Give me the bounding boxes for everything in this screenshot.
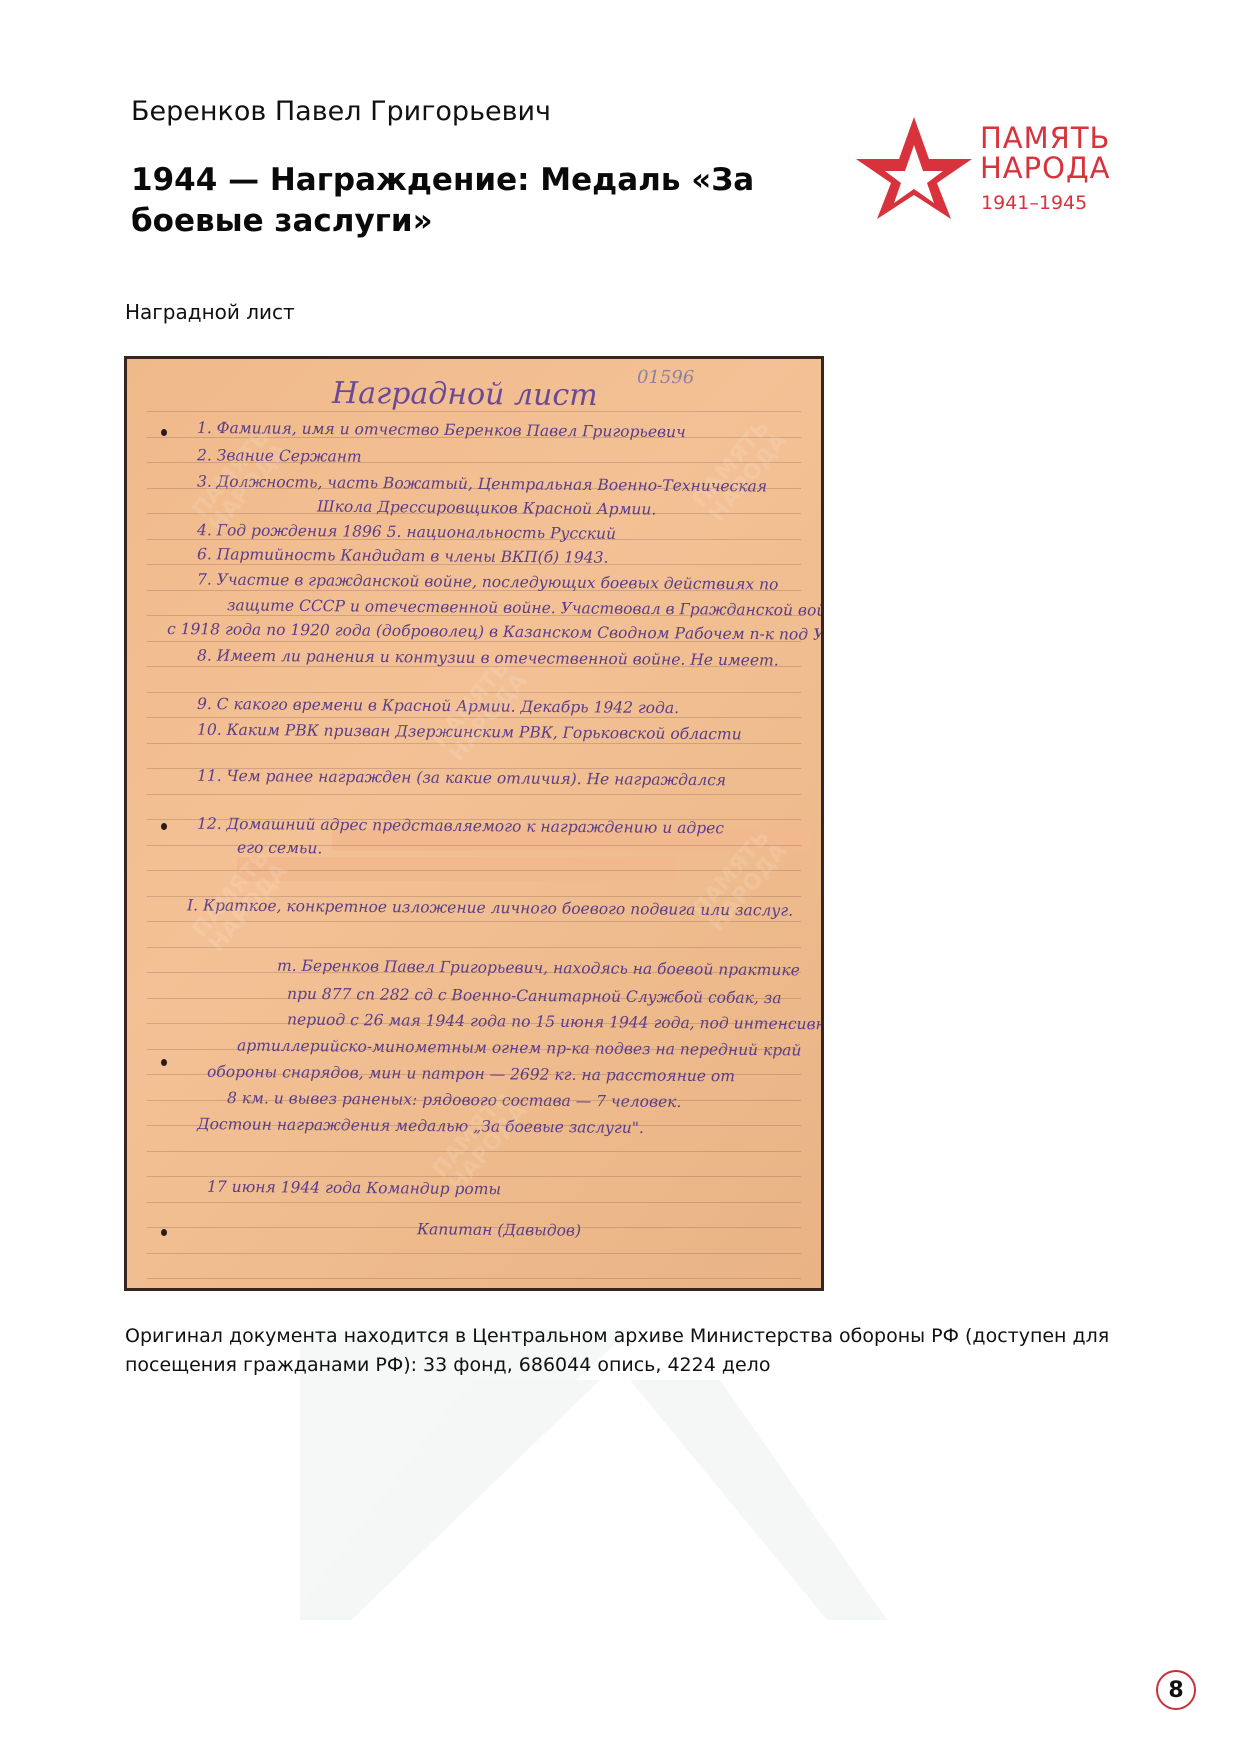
ruled-line [147, 1278, 801, 1279]
person-name: Беренков Павел Григорьевич [131, 96, 551, 127]
red-star-icon [855, 115, 973, 220]
binder-hole [161, 1229, 167, 1236]
brand-line-1: ПАМЯТЬ [980, 123, 1110, 153]
ruled-line [147, 411, 801, 412]
archive-number: 01596 [637, 367, 694, 388]
handwritten-line: т. Беренков Павел Григорьевич, находясь … [277, 957, 800, 980]
handwritten-line: при 877 сп 282 сд с Военно-Санитарной Сл… [287, 985, 782, 1007]
brand-line-2: НАРОДА [980, 153, 1110, 183]
binder-hole [161, 1059, 167, 1066]
archive-caption: Оригинал документа находится в Центральн… [125, 1322, 1125, 1380]
scan-heading: Наградной лист [332, 376, 598, 413]
handwritten-line: 6. Партийность Кандидат в члены ВКП(б) 1… [197, 545, 609, 567]
ruled-line [147, 794, 801, 795]
handwritten-line: Школа Дрессировщиков Красной Армии. [317, 498, 657, 519]
ruled-line [147, 1253, 801, 1254]
document-label: Наградной лист [125, 300, 295, 324]
handwritten-line: 11. Чем ранее награжден (за какие отличи… [197, 767, 726, 790]
pamyat-naroda-logo: ПАМЯТЬ НАРОДА 1941–1945 [855, 115, 1155, 225]
handwritten-line: 8 км. и вывез раненых: рядового состава … [227, 1089, 682, 1111]
handwritten-line: артиллерийско-минометным огнем пр-ка под… [237, 1037, 802, 1060]
ruled-line [147, 1202, 801, 1203]
handwritten-line: период с 26 мая 1944 года по 15 июня 194… [287, 1011, 824, 1034]
page-number: 8 [1156, 1670, 1196, 1710]
brand-years: 1941–1945 [981, 192, 1087, 214]
handwritten-line: 12. Домашний адрес представляемого к наг… [197, 815, 724, 838]
handwritten-line: обороны снарядов, мин и патрон — 2692 кг… [207, 1063, 735, 1086]
handwritten-line: защите СССР и отечественной войне. Участ… [227, 596, 824, 619]
handwritten-line: 9. С какого времени в Красной Армии. Дек… [197, 695, 679, 717]
ruled-line [147, 947, 801, 948]
handwritten-line: Капитан (Давыдов) [417, 1220, 581, 1239]
scan-watermark: ПАМЯТЬНАРОДА [689, 416, 791, 526]
award-sheet-scan: 01596 Наградной лист 1. Фамилия, имя и о… [124, 356, 824, 1291]
handwritten-line: 4. Год рождения 1896 5. национальность Р… [197, 521, 616, 543]
binder-hole [161, 429, 167, 436]
handwritten-line: Достоин награждения медалью „За боевые з… [197, 1115, 644, 1137]
record-title: 1944 — Награждение: Медаль «За боевые за… [131, 160, 771, 242]
redacted-address-2 [237, 857, 677, 881]
handwritten-line: 3. Должность, часть Вожатый, Центральная… [197, 473, 767, 496]
binder-hole [161, 823, 167, 830]
